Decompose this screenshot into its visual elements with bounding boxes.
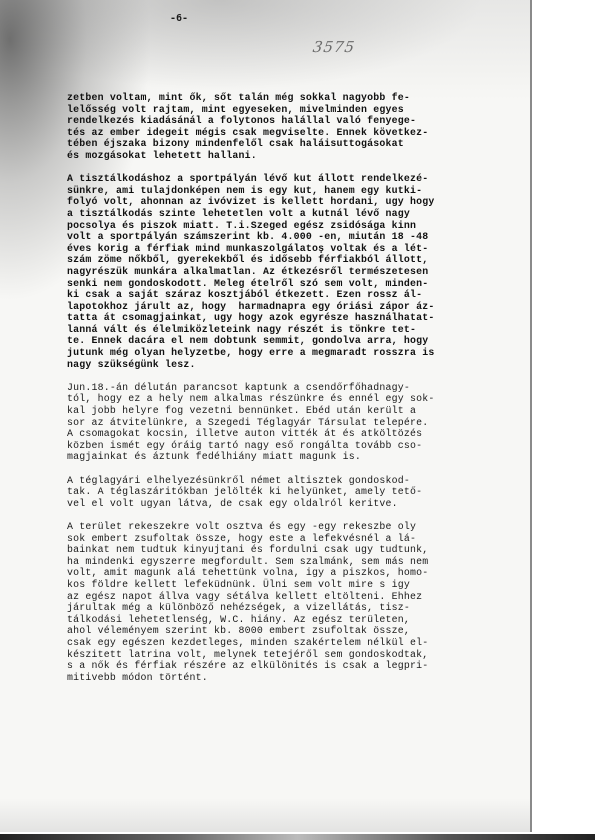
text-line: nagy szükségünk lesz. [67,359,527,371]
text-line: sor az átvitelünkre, a Szegedi Téglagyár… [67,417,527,429]
text-line: készitett latrina volt, melynek tetejérő… [67,649,527,661]
text-line: tatta át csomagjainkat, ugy hogy azok eg… [67,312,527,324]
text-line: ahol véleményem szerint kb. 8000 embert … [67,625,527,637]
text-line: tálkodási lehetetlenség, W.C. hiány. Az … [67,614,527,626]
text-line: A téglagyári elhelyezésünkről német alti… [67,475,527,487]
text-line: az egész napot állva vagy sétálva kellet… [67,591,527,603]
paragraph-5: A terület rekeszekre volt osztva és egy … [67,521,527,683]
text-line: Jun.18.-án délután parancsot kaptunk a c… [67,382,527,394]
text-line: csak egy egészen kezdetleges, minden sza… [67,637,527,649]
text-line: kos földre kellett lefeküdnünk. Ülni sem… [67,579,527,591]
text-line: lapotokhoz járult az, hogy harmadnapra e… [67,301,527,313]
handwritten-archive-number: 3575 [312,38,357,56]
text-line: vel el volt ugyan látva, de csak egy old… [67,498,527,510]
text-line: pocsolya és piszok miatt. T.i.Szeged egé… [67,220,527,232]
paragraph-3: Jun.18.-án délután parancsot kaptunk a c… [67,382,527,463]
text-line: közben ismét egy óráig tartó nagy eső ro… [67,440,527,452]
text-line: tés az ember idegeit mégis csak megvisel… [67,127,527,139]
text-line: járultak még a különböző nehézségek, a v… [67,602,527,614]
text-line: nagyrészük munkára alkalmatlan. Az étkez… [67,266,527,278]
text-line: magjainkat és áztunk fedélhiány miatt ma… [67,451,527,463]
text-line: sünkre, ami tulajdonképen nem is egy kut… [67,185,527,197]
paragraph-4: A téglagyári elhelyezésünkről német alti… [67,475,527,510]
typewritten-body: zetben voltam, mint ők, sőt talán még so… [67,92,527,695]
text-line: senki nem gondoskodott. Meleg ételről sz… [67,278,527,290]
scanned-document: -6- 3575 zetben voltam, mint ők, sőt tal… [0,0,595,840]
text-line: a tisztálkodás szinte lehetetlen volt a … [67,208,527,220]
text-line: ha mindenki egyszerre megfordult. Sem sz… [67,556,527,568]
text-line: s a nők és férfiak részére az elkülönité… [67,660,527,672]
page-number: -6- [170,13,188,24]
text-line: folyó volt, ahonnan az ivóvizet is kelle… [67,196,527,208]
text-line: A tisztálkodáshoz a sportpályán lévő kut… [67,173,527,185]
text-line: ki csak a saját száraz kosztjából étkeze… [67,289,527,301]
text-line: zetben voltam, mint ők, sőt talán még so… [67,92,527,104]
paragraph-1: zetben voltam, mint ők, sőt talán még so… [67,92,527,162]
text-line: tak. A téglaszáritókban jelölték ki hely… [67,486,527,498]
text-line: jutunk még olyan helyzetbe, hogy erre a … [67,347,527,359]
text-line: tében éjszaka bizony mindenfelől csak ha… [67,138,527,150]
text-line: és mozgásokat lehetett hallani. [67,150,527,162]
text-line: rendelkezés kiadásánál a folytonos halál… [67,115,527,127]
text-line: bainkat nem tudtuk kinyujtani és forduln… [67,544,527,556]
text-line: kal jobb helyre fog vezetni bennünket. E… [67,405,527,417]
text-line: szám zöme nőkből, gyerekekből és idősebb… [67,254,527,266]
paper-page: -6- 3575 zetben voltam, mint ők, sőt tal… [0,0,532,832]
text-line: sok embert zsufoltak össze, hogy este a … [67,533,527,545]
text-line: A terület rekeszekre volt osztva és egy … [67,521,527,533]
text-line: éves korig a férfiak mind munkaszolgálat… [67,243,527,255]
text-line: volt a sportpályán számszerint kb. 4.000… [67,231,527,243]
text-line: lelősség volt rajtam, mint egyeseken, mi… [67,104,527,116]
text-line: lanná vált és élelmiközleteink nagy rész… [67,324,527,336]
text-line: A csomagokat kocsin, illetve auton vitté… [67,428,527,440]
text-line: mitivebb módon történt. [67,672,527,684]
text-line: volt, amit magunk alá tehettünk volna, i… [67,567,527,579]
scan-edge-shadow [0,834,595,840]
text-line: te. Ennek dacára el nem dobtunk semmit, … [67,335,527,347]
text-line: tól, hogy ez a hely nem alkalmas részünk… [67,393,527,405]
paragraph-2: A tisztálkodáshoz a sportpályán lévő kut… [67,173,527,370]
